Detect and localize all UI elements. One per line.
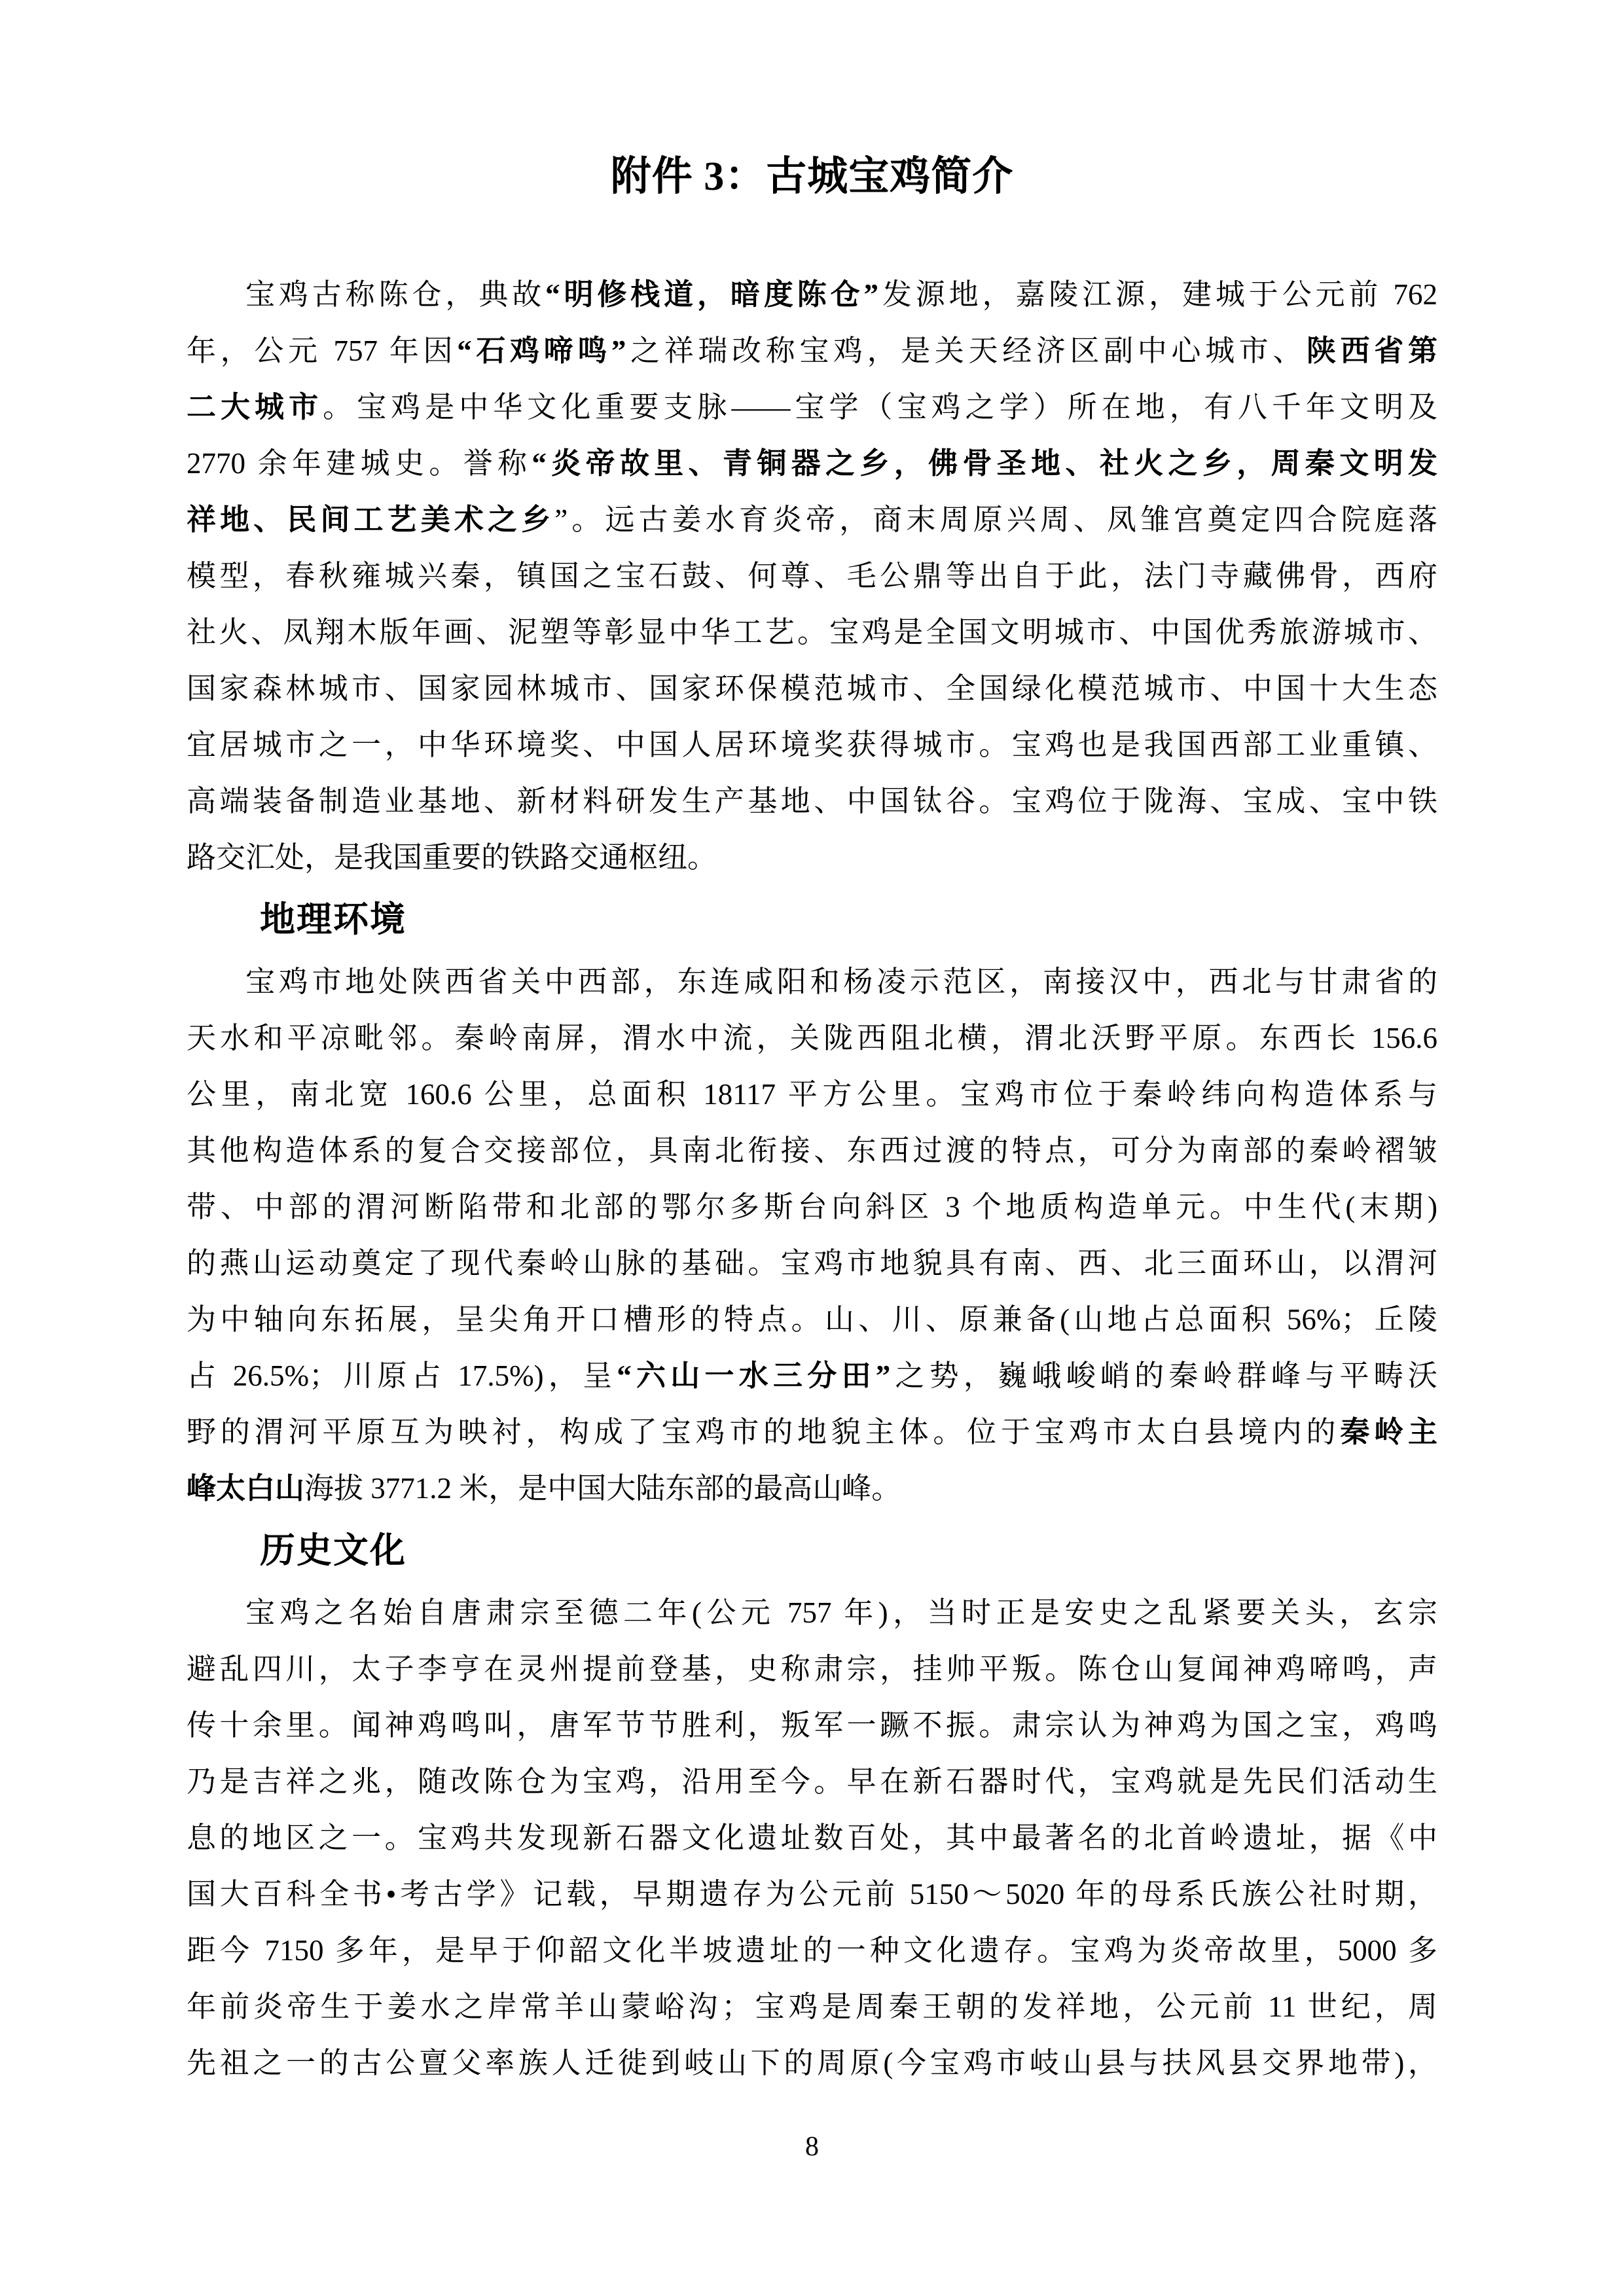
text-run: 模型，春秋雍城兴秦，镇国之宝石鼓、何尊、毛公鼎等出自于此，法门寺藏佛骨，西府 <box>187 560 1437 592</box>
paragraph-intro: 宝鸡古称陈仓，典故“明修栈道，暗度陈仓”发源地，嘉陵江源，建城于公元前 762年… <box>187 266 1437 886</box>
text-line: 野的渭河平原互为映衬，构成了宝鸡市的地貌主体。位于宝鸡市太白县境内的秦岭主 <box>187 1404 1437 1460</box>
text-line: 年，公元 757 年因“石鸡啼鸣”之祥瑞改称宝鸡，是关天经济区副中心城市、陕西省… <box>187 323 1437 379</box>
text-line: 峰太白山海拔 3771.2 米，是中国大陆东部的最高山峰。 <box>187 1460 1437 1516</box>
text-line: 模型，春秋雍城兴秦，镇国之宝石鼓、何尊、毛公鼎等出自于此，法门寺藏佛骨，西府 <box>187 548 1437 604</box>
text-run: 避乱四川，太子李亨在灵州提前登基，史称肃宗，挂帅平叛。陈仓山复闻神鸡啼鸣，声 <box>187 1653 1437 1685</box>
text-run: 发源地，嘉陵江源，建城于公元前 762 <box>878 278 1437 311</box>
bold-text-run: 祥地、民间工艺美术之乡 <box>187 503 554 536</box>
bold-text-run: “明修栈道，暗度陈仓” <box>545 278 878 311</box>
text-run: 之势，巍峨峻峭的秦岭群峰与平畴沃 <box>890 1359 1437 1392</box>
text-line: 公里，南北宽 160.6 公里，总面积 18117 平方公里。宝鸡市位于秦岭纬向… <box>187 1066 1437 1122</box>
text-line: 占 26.5%；川原占 17.5%)，呈“六山一水三分田”之势，巍峨峻峭的秦岭群… <box>187 1348 1437 1404</box>
text-line: 社火、凤翔木版年画、泥塑等彰显中华工艺。宝鸡是全国文明城市、中国优秀旅游城市、 <box>187 604 1437 660</box>
text-run: 为中轴向东拓展，呈尖角开口槽形的特点。山、川、原兼备(山地占总面积 56%；丘陵 <box>187 1303 1437 1336</box>
text-run: 公里，南北宽 160.6 公里，总面积 18117 平方公里。宝鸡市位于秦岭纬向… <box>187 1078 1437 1111</box>
text-run: 年前炎帝生于姜水之岸常羊山蒙峪沟；宝鸡是周秦王朝的发祥地，公元前 11 世纪，周 <box>187 1990 1437 2023</box>
text-run: 先祖之一的古公亶父率族人迁徙到岐山下的周原(今宝鸡市岐山县与扶风县交界地带)， <box>187 2047 1437 2079</box>
bold-text-run: 二大城市 <box>187 391 323 423</box>
document-page: 附件 3：古城宝鸡简介 宝鸡古称陈仓，典故“明修栈道，暗度陈仓”发源地，嘉陵江源… <box>0 0 1624 2296</box>
bold-text-run: “六山一水三分田” <box>617 1359 890 1392</box>
text-run: 其他构造体系的复合交接部位，具南北衔接、东西过渡的特点，可分为南部的秦岭褶皱 <box>187 1134 1437 1167</box>
paragraph-geography: 宝鸡市地处陕西省关中西部，东连咸阳和杨凌示范区，南接汉中，西北与甘肃省的天水和平… <box>187 954 1437 1516</box>
document-body: 宝鸡古称陈仓，典故“明修栈道，暗度陈仓”发源地，嘉陵江源，建城于公元前 762年… <box>187 266 1437 2091</box>
text-line: 二大城市。宝鸡是中华文化重要支脉——宝学（宝鸡之学）所在地，有八千年文明及 <box>187 379 1437 435</box>
text-run: 路交汇处，是我国重要的铁路交通枢纽。 <box>187 841 717 874</box>
bold-text-run: 陕西省第 <box>1307 334 1437 367</box>
text-line: 带、中部的渭河断陷带和北部的鄂尔多斯台向斜区 3 个地质构造单元。中生代(末期) <box>187 1179 1437 1235</box>
text-line: 祥地、民间工艺美术之乡”。远古姜水育炎帝，商末周原兴周、凤雏宫奠定四合院庭落 <box>187 492 1437 548</box>
text-line: 宜居城市之一，中华环境奖、中国人居环境奖获得城市。宝鸡也是我国西部工业重镇、 <box>187 717 1437 773</box>
text-run: 社火、凤翔木版年画、泥塑等彰显中华工艺。宝鸡是全国文明城市、中国优秀旅游城市、 <box>187 616 1437 649</box>
text-run: 宝鸡市地处陕西省关中西部，东连咸阳和杨凌示范区，南接汉中，西北与甘肃省的 <box>245 965 1437 998</box>
text-line: 宝鸡古称陈仓，典故“明修栈道，暗度陈仓”发源地，嘉陵江源，建城于公元前 762 <box>187 266 1437 323</box>
text-run: 传十余里。闻神鸡鸣叫，唐军节节胜利，叛军一蹶不振。肃宗认为神鸡为国之宝，鸡鸣 <box>187 1709 1437 1742</box>
text-run: 占 26.5%；川原占 17.5%)，呈 <box>187 1359 617 1392</box>
page-title: 附件 3：古城宝鸡简介 <box>187 149 1437 204</box>
bold-text-run: “石鸡啼鸣” <box>457 334 626 367</box>
text-run: 息的地区之一。宝鸡共发现新石器文化遗址数百处，其中最著名的北首岭遗址，据《中 <box>187 1821 1437 1854</box>
text-line: 避乱四川，太子李亨在灵州提前登基，史称肃宗，挂帅平叛。陈仓山复闻神鸡啼鸣，声 <box>187 1641 1437 1697</box>
text-run: 。宝鸡是中华文化重要支脉——宝学（宝鸡之学）所在地，有八千年文明及 <box>323 391 1437 423</box>
bold-text-run: “炎帝故里、青铜器之乡，佛骨圣地、社火之乡，周秦文明发 <box>532 447 1437 480</box>
text-line: 为中轴向东拓展，呈尖角开口槽形的特点。山、川、原兼备(山地占总面积 56%；丘陵 <box>187 1291 1437 1348</box>
text-run: 2770 余年建城史。誉称 <box>187 447 532 480</box>
text-run: 的燕山运动奠定了现代秦岭山脉的基础。宝鸡市地貌具有南、西、北三面环山，以渭河 <box>187 1247 1437 1280</box>
text-line: 的燕山运动奠定了现代秦岭山脉的基础。宝鸡市地貌具有南、西、北三面环山，以渭河 <box>187 1235 1437 1291</box>
text-line: 国家森林城市、国家园林城市、国家环保模范城市、全国绿化模范城市、中国十大生态 <box>187 660 1437 717</box>
text-run: 宝鸡之名始自唐肃宗至德二年(公元 757 年)，当时正是安史之乱紧要关头，玄宗 <box>245 1596 1437 1629</box>
section-heading: 历史文化 <box>260 1519 1437 1582</box>
text-run: 之祥瑞改称宝鸡，是关天经济区副中心城市、 <box>626 334 1307 367</box>
text-line: 息的地区之一。宝鸡共发现新石器文化遗址数百处，其中最著名的北首岭遗址，据《中 <box>187 1810 1437 1866</box>
text-line: 路交汇处，是我国重要的铁路交通枢纽。 <box>187 829 1437 886</box>
text-line: 国大百科全书•考古学》记载，早期遗存为公元前 5150～5020 年的母系氏族公… <box>187 1866 1437 1922</box>
text-line: 传十余里。闻神鸡鸣叫，唐军节节胜利，叛军一蹶不振。肃宗认为神鸡为国之宝，鸡鸣 <box>187 1697 1437 1753</box>
text-run: 海拔 3771.2 米，是中国大陆东部的最高山峰。 <box>304 1472 901 1505</box>
bold-text-run: 峰太白山 <box>187 1472 304 1505</box>
text-line: 2770 余年建城史。誉称“炎帝故里、青铜器之乡，佛骨圣地、社火之乡，周秦文明发 <box>187 435 1437 492</box>
page-number: 8 <box>0 2130 1624 2163</box>
text-run: 乃是吉祥之兆，随改陈仓为宝鸡，沿用至今。早在新石器时代，宝鸡就是先民们活动生 <box>187 1765 1437 1798</box>
text-run: 国大百科全书•考古学》记载，早期遗存为公元前 5150～5020 年的母系氏族公… <box>187 1878 1437 1910</box>
text-run: 高端装备制造业基地、新材料研发生产基地、中国钛谷。宝鸡位于陇海、宝成、宝中铁 <box>187 785 1437 817</box>
text-run: 野的渭河平原互为映衬，构成了宝鸡市的地貌主体。位于宝鸡市太白县境内的 <box>187 1416 1340 1448</box>
text-line: 天水和平凉毗邻。秦岭南屏，渭水中流，关陇西阻北横，渭北沃野平原。东西长 156.… <box>187 1010 1437 1066</box>
text-line: 先祖之一的古公亶父率族人迁徙到岐山下的周原(今宝鸡市岐山县与扶风县交界地带)， <box>187 2035 1437 2091</box>
text-run: 宜居城市之一，中华环境奖、中国人居环境奖获得城市。宝鸡也是我国西部工业重镇、 <box>187 728 1437 761</box>
text-line: 宝鸡市地处陕西省关中西部，东连咸阳和杨凌示范区，南接汉中，西北与甘肃省的 <box>187 954 1437 1010</box>
text-line: 其他构造体系的复合交接部位，具南北衔接、东西过渡的特点，可分为南部的秦岭褶皱 <box>187 1122 1437 1179</box>
document-content: 附件 3：古城宝鸡简介 宝鸡古称陈仓，典故“明修栈道，暗度陈仓”发源地，嘉陵江源… <box>187 0 1437 2091</box>
text-line: 宝鸡之名始自唐肃宗至德二年(公元 757 年)，当时正是安史之乱紧要关头，玄宗 <box>187 1585 1437 1641</box>
text-run: 带、中部的渭河断陷带和北部的鄂尔多斯台向斜区 3 个地质构造单元。中生代(末期) <box>187 1191 1437 1223</box>
text-line: 距今 7150 多年，是早于仰韶文化半坡遗址的一种文化遗存。宝鸡为炎帝故里，50… <box>187 1922 1437 1979</box>
text-run: 距今 7150 多年，是早于仰韶文化半坡遗址的一种文化遗存。宝鸡为炎帝故里，50… <box>187 1934 1437 1967</box>
text-run: ”。远古姜水育炎帝，商末周原兴周、凤雏宫奠定四合院庭落 <box>554 503 1437 536</box>
section-heading: 地理环境 <box>260 888 1437 951</box>
text-run: 年，公元 757 年因 <box>187 334 457 367</box>
text-run: 宝鸡古称陈仓，典故 <box>245 278 545 311</box>
bold-text-run: 秦岭主 <box>1340 1416 1437 1448</box>
text-line: 高端装备制造业基地、新材料研发生产基地、中国钛谷。宝鸡位于陇海、宝成、宝中铁 <box>187 773 1437 829</box>
text-line: 乃是吉祥之兆，随改陈仓为宝鸡，沿用至今。早在新石器时代，宝鸡就是先民们活动生 <box>187 1753 1437 1810</box>
text-run: 天水和平凉毗邻。秦岭南屏，渭水中流，关陇西阻北横，渭北沃野平原。东西长 156.… <box>187 1022 1437 1054</box>
text-line: 年前炎帝生于姜水之岸常羊山蒙峪沟；宝鸡是周秦王朝的发祥地，公元前 11 世纪，周 <box>187 1979 1437 2035</box>
paragraph-history: 宝鸡之名始自唐肃宗至德二年(公元 757 年)，当时正是安史之乱紧要关头，玄宗避… <box>187 1585 1437 2091</box>
text-run: 国家森林城市、国家园林城市、国家环保模范城市、全国绿化模范城市、中国十大生态 <box>187 672 1437 705</box>
